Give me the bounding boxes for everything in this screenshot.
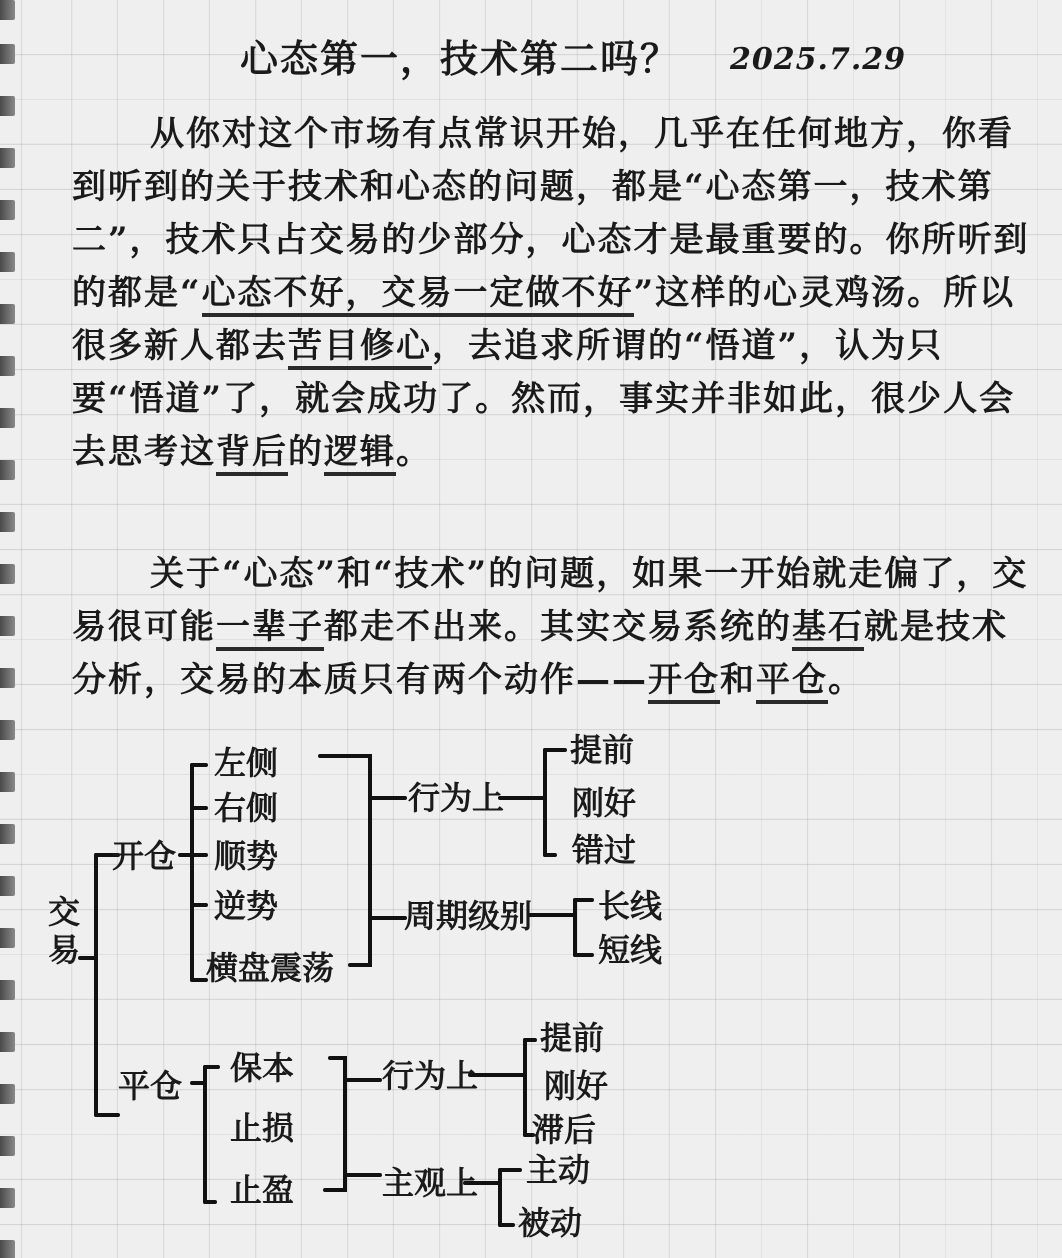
open-item: 逆势	[214, 888, 278, 924]
close-item: 止盈	[230, 1172, 294, 1208]
open-item: 右侧	[214, 790, 278, 826]
diagram-root: 交易	[44, 895, 80, 971]
open-behavior-item: 刚好	[572, 785, 636, 821]
close-behavior-label: 行为上	[382, 1058, 478, 1094]
open-behavior-item: 错过	[572, 832, 636, 868]
open-item: 顺势	[214, 838, 278, 874]
open-period-item: 短线	[598, 932, 662, 968]
close-subjective-label: 主观上	[382, 1165, 478, 1201]
open-period-label: 周期级别	[404, 898, 532, 934]
open-item: 左侧	[214, 745, 278, 781]
branch-open-position: 开仓	[112, 838, 176, 874]
close-behavior-item: 提前	[540, 1020, 604, 1056]
open-behavior-label: 行为上	[408, 780, 504, 816]
close-behavior-item: 滞后	[532, 1112, 596, 1148]
close-subjective-item: 主动	[526, 1152, 590, 1188]
open-item: 横盘震荡	[206, 950, 334, 986]
close-behavior-item: 刚好	[544, 1068, 608, 1104]
branch-close-position: 平仓	[118, 1068, 182, 1104]
close-item: 保本	[230, 1050, 294, 1086]
notebook-page: 心态第一，技术第二吗？ 2025.7.29 从你对这个市场有点常识开始，几乎在任…	[0, 0, 1062, 1258]
close-subjective-item: 被动	[518, 1205, 582, 1241]
open-behavior-item: 提前	[570, 732, 634, 768]
open-period-item: 长线	[598, 888, 662, 924]
close-item: 止损	[230, 1110, 294, 1146]
